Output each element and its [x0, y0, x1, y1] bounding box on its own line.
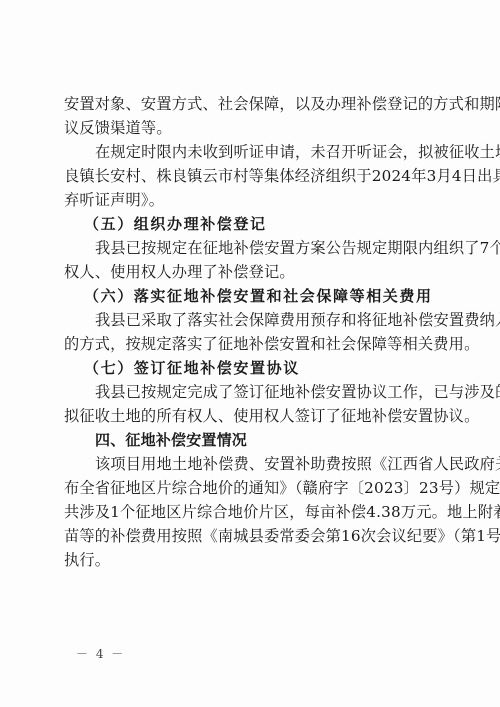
subheading-seven: （七）签订征地补偿安置协议	[64, 356, 436, 380]
paragraph-line: 我县已按规定完成了签订征地补偿安置协议工作，已与涉及的全部	[64, 380, 436, 404]
subheading-five: （五）组织办理补偿登记	[64, 212, 436, 236]
paragraph-line: 执行。	[64, 548, 436, 572]
paragraph-line: 拟征收土地的所有权人、使用权人签订了征地补偿安置协议。	[64, 404, 436, 428]
section-heading-four: 四、征地补偿安置情况	[64, 428, 436, 452]
paragraph-line: 在规定时限内未收到听证申请，未召开听证会，拟被征收土地的株	[64, 140, 436, 164]
paragraph-line: 议反馈渠道等。	[64, 116, 436, 140]
paragraph-line: 安置对象、安置方式、社会保障，以及办理补偿登记的方式和期限、异	[64, 92, 436, 116]
document-body: 安置对象、安置方式、社会保障，以及办理补偿登记的方式和期限、异 议反馈渠道等。 …	[64, 92, 436, 572]
paragraph-line: 权人、使用权人办理了补偿登记。	[64, 260, 436, 284]
page-number: － 4 －	[76, 645, 125, 662]
paragraph-line: 良镇长安村、株良镇云市村等集体经济组织于2024年3月4日出具了《放	[64, 164, 436, 188]
paragraph-line: 我县已按规定在征地补偿安置方案公告规定期限内组织了7个所有	[64, 236, 436, 260]
paragraph-line: 的方式，按规定落实了征地补偿安置和社会保障等相关费用。	[64, 332, 436, 356]
paragraph-line: 布全省征地区片综合地价的通知》（赣府字〔2023〕23号）规定执行。	[64, 476, 436, 500]
paragraph-line: 我县已采取了落实社会保障费用预存和将征地补偿安置费纳入预算	[64, 308, 436, 332]
paragraph-line: 该项目用地土地补偿费、安置补助费按照《江西省人民政府关于公	[64, 452, 436, 476]
paragraph-line: 苗等的补偿费用按照《南城县委常委会第16次会议纪要》（第1号）规定	[64, 524, 436, 548]
subheading-six: （六）落实征地补偿安置和社会保障等相关费用	[64, 284, 436, 308]
paragraph-line: 共涉及1个征地区片综合地价片区，每亩补偿4.38万元。地上附着物和青	[64, 500, 436, 524]
document-page: 安置对象、安置方式、社会保障，以及办理补偿登记的方式和期限、异 议反馈渠道等。 …	[0, 0, 500, 707]
paragraph-line: 弃听证声明》。	[64, 188, 436, 212]
